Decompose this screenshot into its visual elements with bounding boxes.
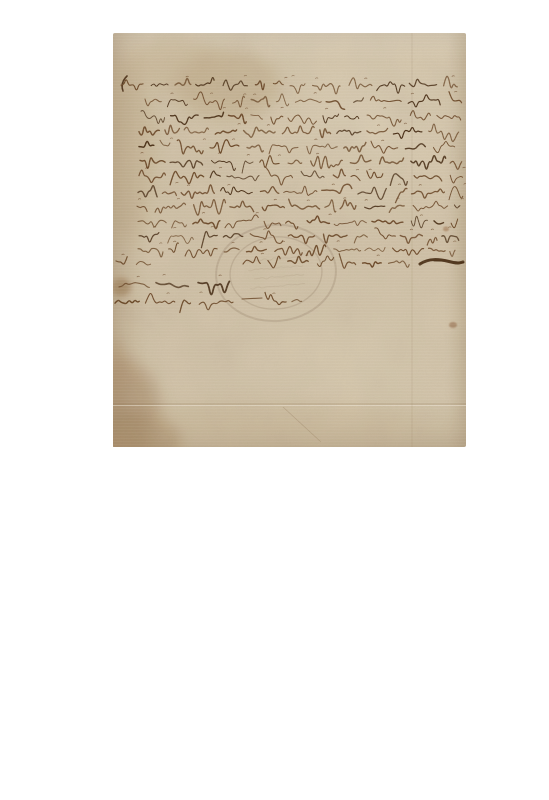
document-description: Scanned aged handwritten manuscript lett… [0, 0, 1, 1]
paper-grain [113, 33, 466, 447]
scan-background: Scanned aged handwritten manuscript lett… [0, 0, 549, 800]
manuscript-page [113, 33, 466, 447]
manuscript-artwork [113, 33, 466, 447]
